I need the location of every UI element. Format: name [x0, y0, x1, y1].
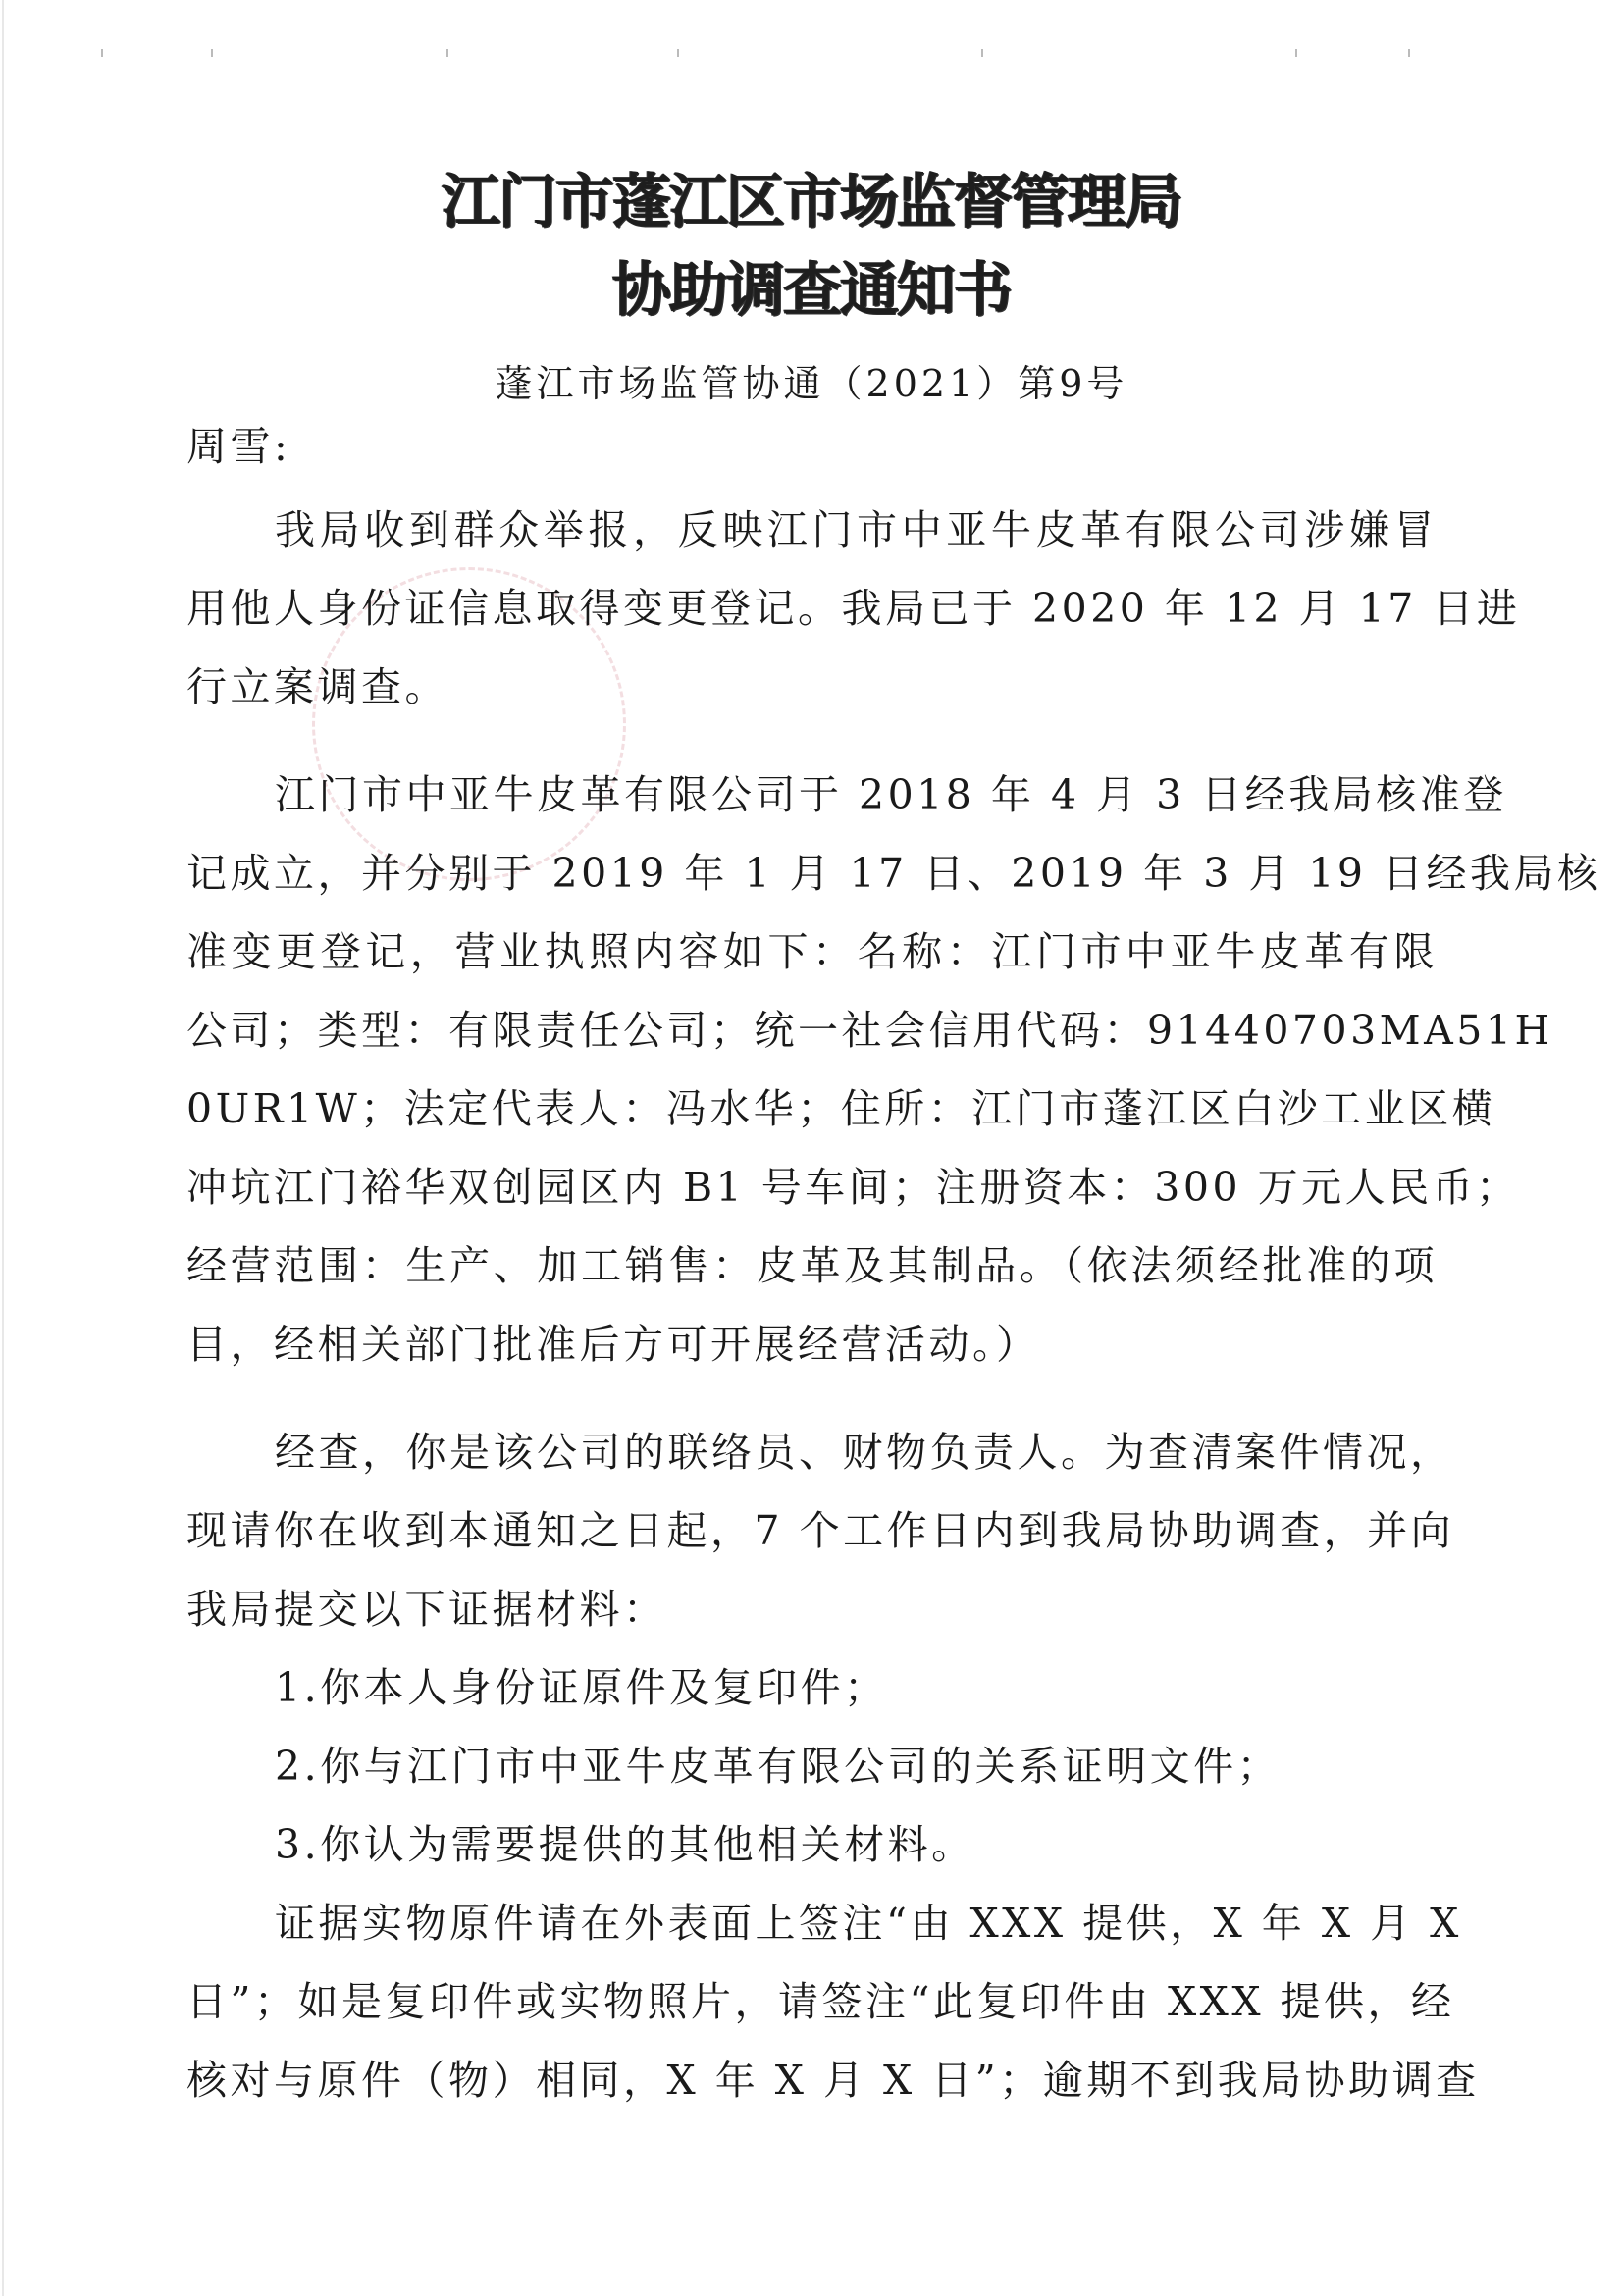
scan-edge: [2, 0, 4, 2296]
body-line: 经查，你是该公司的联络员、财物负责人。为查清案件情况，: [275, 1428, 1438, 1477]
body-line: 0UR1W；法定代表人：冯水华；住所：江门市蓬江区白沙工业区横: [186, 1084, 1438, 1133]
body-line: 公司；类型：有限责任公司；统一社会信用代码：91440703MA51H: [186, 1006, 1438, 1055]
body-line: 3.你认为需要提供的其他相关材料。: [275, 1820, 1438, 1869]
body-line: 我局提交以下证据材料：: [186, 1585, 1438, 1634]
document-title: 协助调查通知书: [0, 243, 1623, 328]
body-line: 1.你本人身份证原件及复印件；: [275, 1663, 1438, 1712]
body-line: 现请你在收到本通知之日起，7 个工作日内到我局协助调查，并向: [186, 1506, 1438, 1555]
body-line: 冲坑江门裕华双创园区内 B1 号车间；注册资本：300 万元人民币；: [186, 1163, 1438, 1212]
document-page: 江门市蓬江区市场监督管理局 协助调查通知书 蓬江市场监管协通（2021）第9号 …: [0, 0, 1623, 2296]
addressee: 周雪:: [186, 422, 1438, 471]
body-line: 用他人身份证信息取得变更登记。我局已于 2020 年 12 月 17 日进: [186, 584, 1438, 633]
body-line: 准变更登记，营业执照内容如下：名称：江门市中亚牛皮革有限: [186, 927, 1438, 976]
body-line: 证据实物原件请在外表面上签注“由 XXX 提供，X 年 X 月 X: [275, 1899, 1438, 1948]
body-line: 目，经相关部门批准后方可开展经营活动。）: [186, 1320, 1438, 1369]
issuer-title: 江门市蓬江区市场监督管理局: [0, 155, 1623, 239]
scan-artifacts: [0, 49, 1623, 61]
body-line: 日”；如是复印件或实物照片，请签注“此复印件由 XXX 提供，经: [186, 1977, 1438, 2026]
body-line: 行立案调查。: [186, 662, 1438, 711]
body-line: 核对与原件（物）相同，X 年 X 月 X 日”；逾期不到我局协助调查: [186, 2056, 1438, 2105]
body-line: 经营范围：生产、加工销售：皮革及其制品。（依法须经批准的项: [186, 1241, 1438, 1290]
document-number: 蓬江市场监管协通（2021）第9号: [0, 353, 1623, 407]
body-line: 2.你与江门市中亚牛皮革有限公司的关系证明文件；: [275, 1742, 1438, 1791]
body-line: 我局收到群众举报，反映江门市中亚牛皮革有限公司涉嫌冒: [275, 505, 1438, 554]
body-line: 记成立，并分别于 2019 年 1 月 17 日、2019 年 3 月 19 日…: [186, 849, 1438, 898]
body-line: 江门市中亚牛皮革有限公司于 2018 年 4 月 3 日经我局核准登: [275, 770, 1438, 819]
